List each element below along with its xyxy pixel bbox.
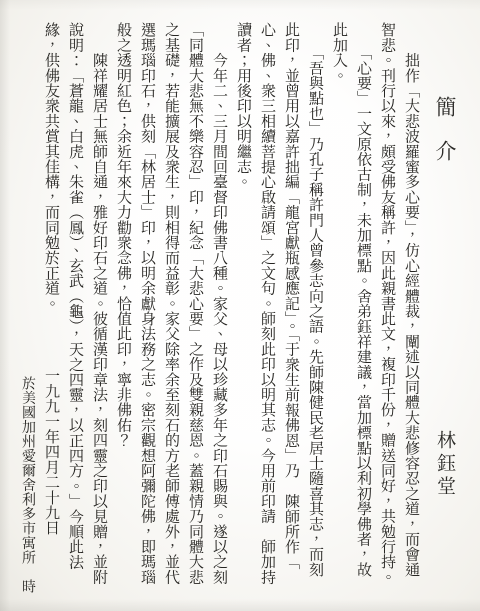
text-column: 選瑪瑙印石，供刻「林居士」印，以明余獻身法務之志。密宗觀想阿彌陀佛，即瑪瑙 (136, 22, 160, 598)
text-column: 「吾與點也」乃孔子稱許門人曾參志向之語。先師陳健民老居士隨喜其志，而刻 (304, 22, 328, 598)
text-column: 之基礎，若能擴展及衆生，則相得而益彰。家父除率余至刻石的方老師傅處外，並代 (160, 22, 184, 598)
text-column-with-date: 緣，供佛友衆共賞其佳構，而同勉於正道。一九九一年四月二十九日 (40, 22, 64, 598)
text-column: 緣，供佛友衆共賞其佳構，而同勉於正道。 (43, 22, 61, 311)
text-column: 「心要」一文原依古制，未加標點。舍弟鈺祥建議，當加標點以利初學佛者，故 (352, 22, 376, 598)
text-column: 讀者；用後印以明繼志。 (232, 22, 256, 598)
text-column: 「同體大悲無不樂容忍」印，紀念「大悲心要」之作及雙親慈恩。蓋親情乃同體大悲 (184, 22, 208, 598)
text-column: 今年二、三月間回臺督印佛書八種。家父、母以珍藏多年之印石賜與。遂以之刻 (208, 22, 232, 598)
text-column: 拙作「大悲波羅蜜多心要」，仿心經體裁，闡述以同體大悲修容忍之道，而會通 (400, 22, 424, 598)
text-column: 陳祥耀居士無師自通，雅好印石之道。彼循漢印章法，刻四靈之印以見贈，並附 (88, 22, 112, 598)
text-column: 心、佛、衆三相續菩提心啟請頌」之文句。師刻此印以明其志。今用前印請 師加持 (256, 22, 280, 598)
page-title: 簡 介 (424, 96, 466, 162)
vertical-text-block: 簡 介林鈺堂 拙作「大悲波羅蜜多心要」，仿心經體裁，闡述以同體大悲修容忍之道，而… (16, 22, 466, 598)
date-line: 一九九一年四月二十九日 (40, 368, 64, 535)
author-name: 林鈺堂 (424, 430, 466, 499)
text-column: 般之透明紅色；余近年來大力勸衆念佛，恰值此印，寧非佛佑？ (112, 22, 136, 598)
text-column: 說明：「蒼龍、白虎、朱雀（鳳）、玄武（龜），天之四靈，以正四方。」今順此法 (64, 22, 88, 598)
text-column: 此加入。 (328, 22, 352, 598)
title-column: 簡 介林鈺堂 (424, 22, 466, 598)
text-column: 此印，並曾用以嘉許拙編「龍宮獻瓶感應記」。「于衆生前報佛恩」乃 陳師所作「 (280, 22, 304, 598)
text-column: 智悲。刊行以來，頗受佛友稱許，因此親書此文，複印千份，贈送同好，共勉行持。 (376, 22, 400, 598)
place-line: 於美國加州愛爾舍利多市寓所 時 (16, 22, 40, 598)
scanned-document-page: 簡 介林鈺堂 拙作「大悲波羅蜜多心要」，仿心經體裁，闡述以同體大悲修容忍之道，而… (0, 0, 480, 611)
